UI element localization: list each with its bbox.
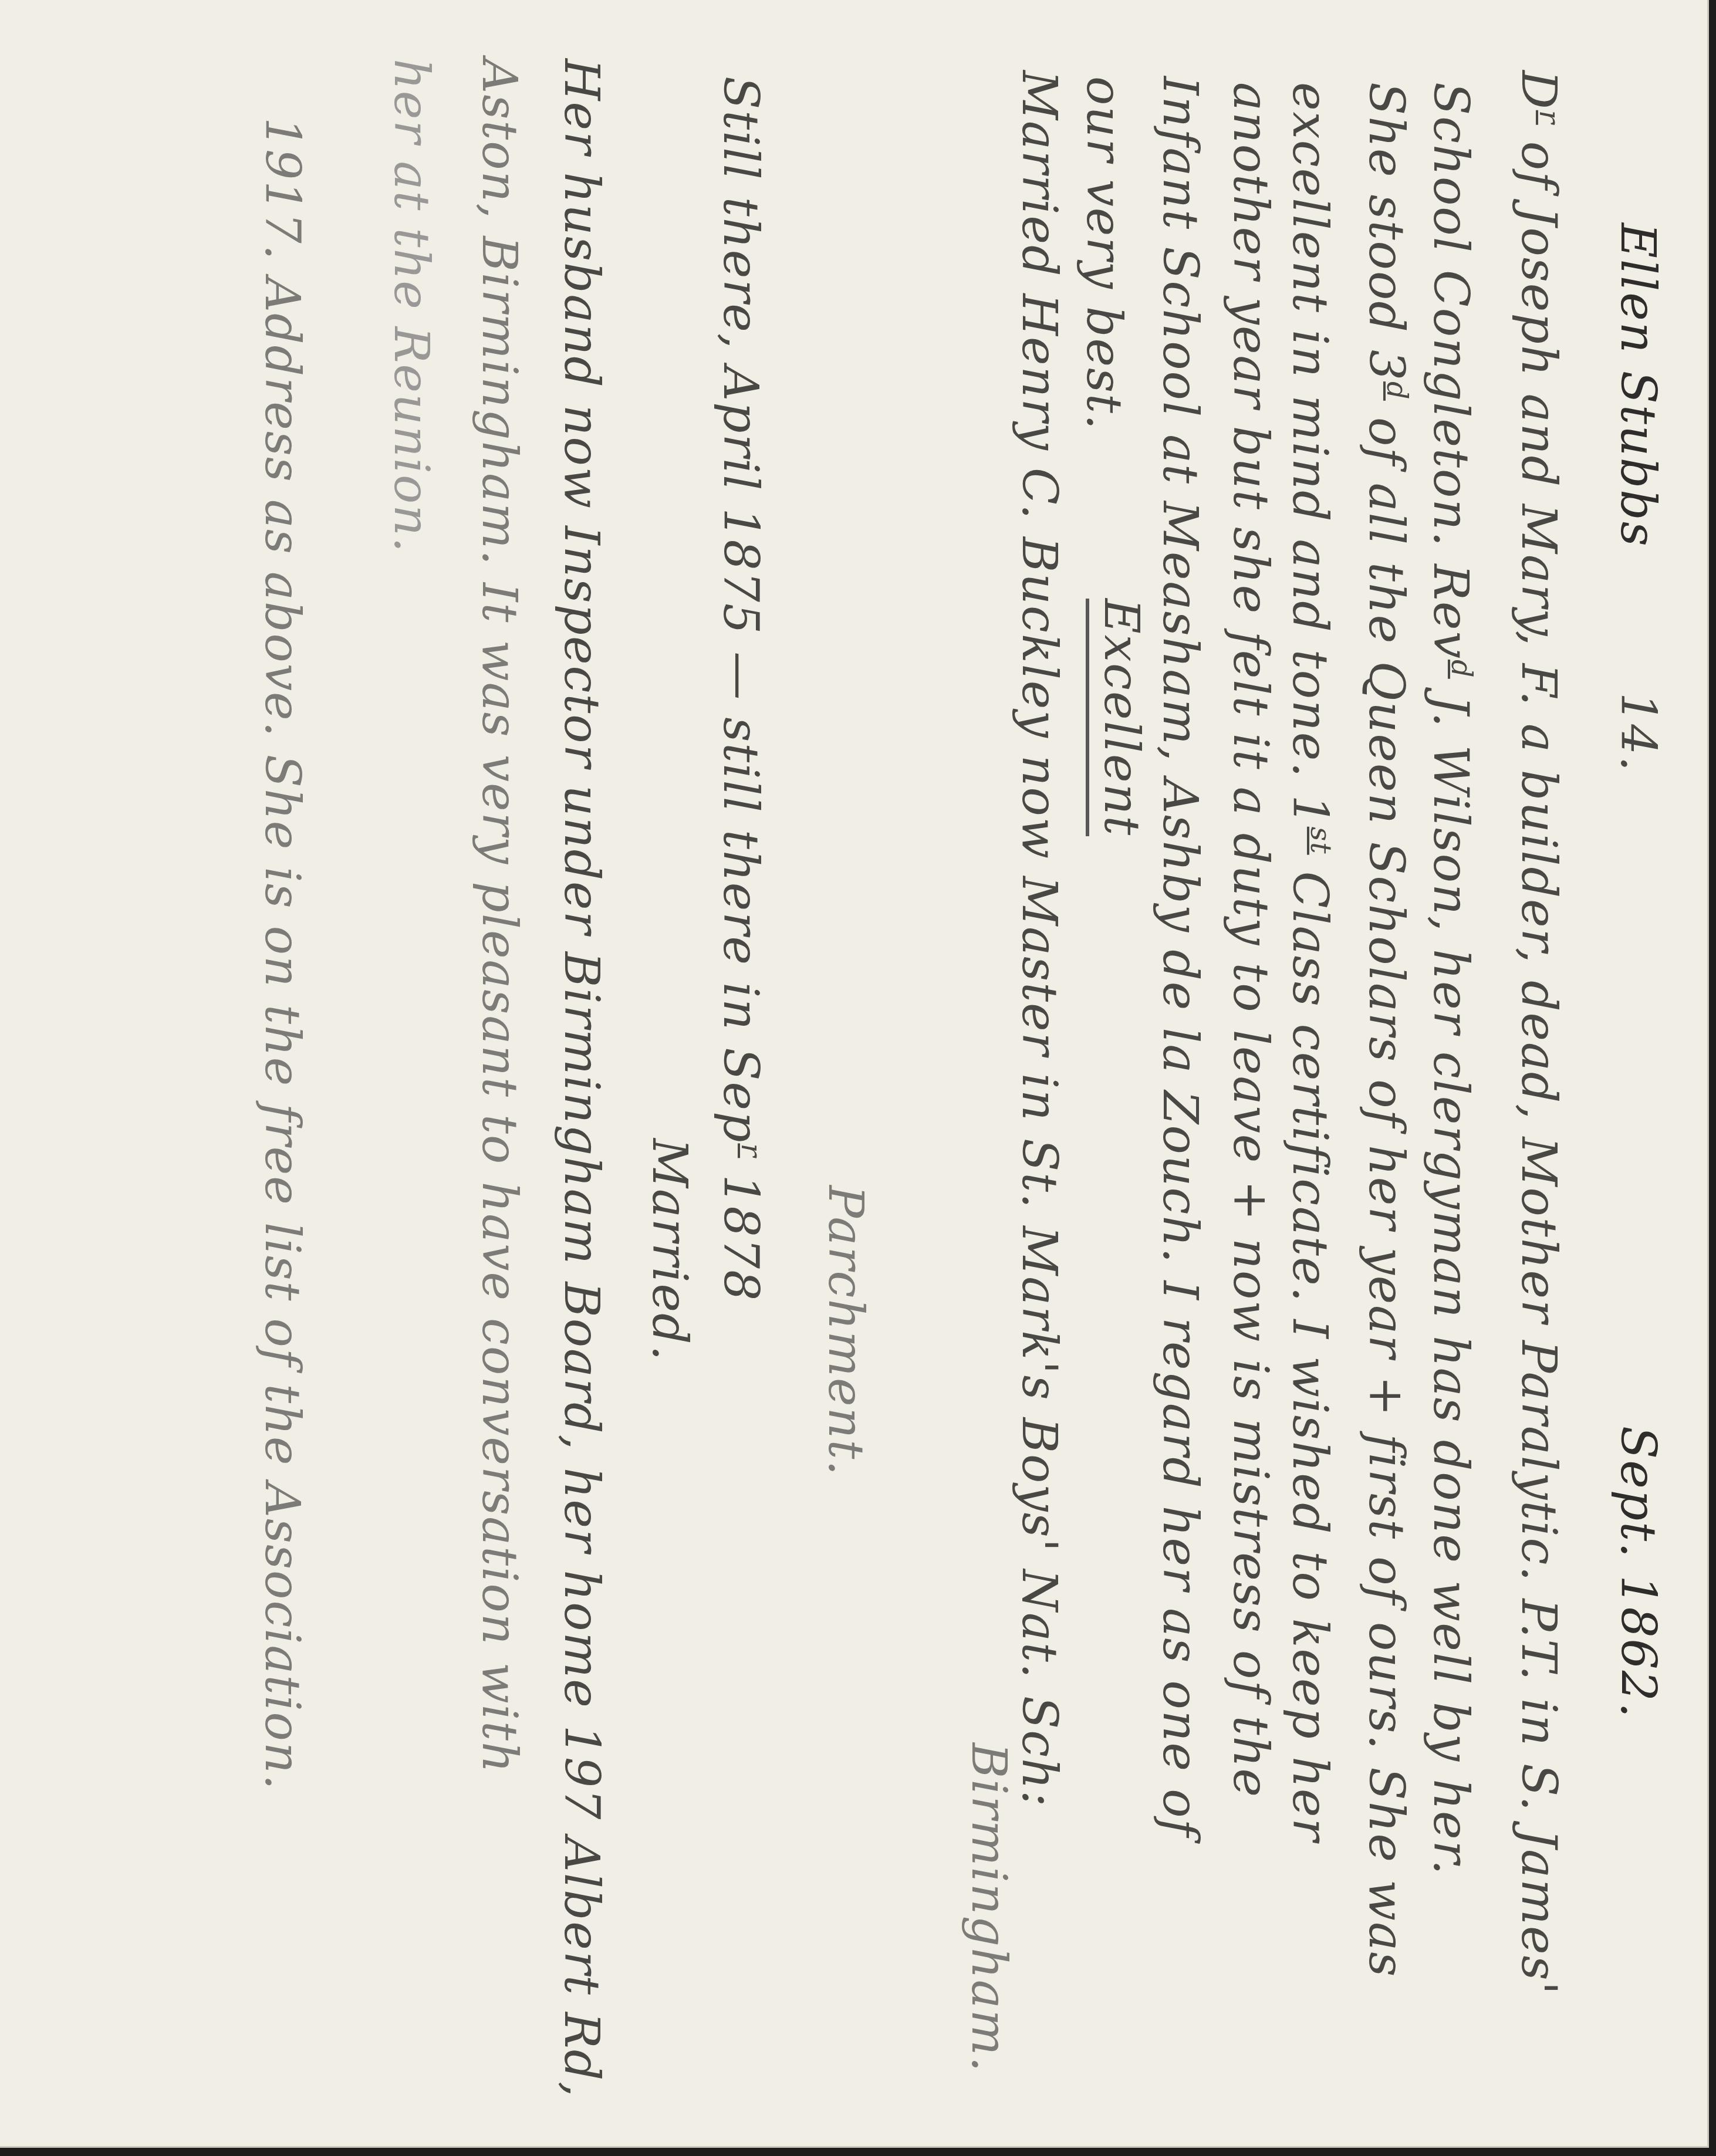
superscript: d (1445, 660, 1478, 679)
entry-line-5: another year but she felt it a duty to l… (1221, 82, 1279, 1798)
student-name: Ellen Stubbs (1608, 223, 1667, 548)
document-page: Ellen Stubbs 14. Sept. 1862. Dr of Josep… (0, 0, 1709, 2148)
superscript: r (1533, 110, 1566, 125)
entry-line-1: Dr of Joseph and Mary, F. a builder, dea… (1509, 70, 1579, 1996)
award-parchment: Parchment. (816, 1185, 874, 1476)
entry-line-3: She stood 3d of all the Queen Scholars o… (1356, 82, 1426, 1978)
entry-line-4-b: Class certificate. I wished to keep her (1282, 855, 1337, 1843)
entry-line-1-text: of Joseph and Mary, F. a builder, dead, … (1511, 125, 1566, 1996)
superscript: d (1380, 381, 1413, 401)
husband-line-3: her at the Reunion. (381, 59, 440, 553)
student-age: 14. (1608, 692, 1667, 772)
married-label: Married. (640, 1138, 698, 1362)
rating-excellent: Excellent (1086, 599, 1150, 836)
entry-line-7: our very best. (1074, 76, 1133, 431)
entry-line-4: excellent in mind and tone. 1st Class ce… (1280, 82, 1350, 1843)
marriage-note-line-2: Birmingham. (959, 1743, 1018, 2073)
still-there-a: Still there, April 1875 — still there in… (712, 76, 768, 1143)
entry-line-2: School Congleton. Revd J. Wilson, her cl… (1421, 82, 1491, 1876)
still-there-b: 1878 (712, 1158, 768, 1302)
entry-line-4-a: excellent in mind and tone. 1 (1282, 82, 1337, 827)
entry-line-1-prefix: D (1511, 70, 1566, 110)
entry-line-3-a: She stood 3 (1358, 82, 1414, 381)
entry-line-3-b: of all the Queen Scholars of her year + … (1358, 401, 1414, 1978)
superscript: r (735, 1143, 768, 1158)
husband-line-1: Her husband now Inspector under Birmingh… (552, 59, 610, 2098)
still-there-line: Still there, April 1875 — still there in… (711, 76, 781, 1302)
superscript: st (1304, 827, 1337, 855)
note-1917: 1917. Address as above. She is on the fr… (252, 117, 311, 1791)
marriage-note-line-1: Married Henry C. Buckley now Master in S… (1009, 70, 1068, 1808)
entry-line-2-b: J. Wilson, her clergyman has done well b… (1423, 679, 1478, 1876)
husband-line-2: Aston, Birmingham. It was very pleasant … (469, 59, 528, 1774)
entry-line-2-a: School Congleton. Rev (1423, 82, 1478, 660)
entry-line-6: Infant School at Measham, Ashby de la Zo… (1150, 76, 1209, 1838)
rotated-text-canvas: Ellen Stubbs 14. Sept. 1862. Dr of Josep… (0, 0, 1709, 2148)
entry-date: Sept. 1862. (1608, 1426, 1667, 1719)
